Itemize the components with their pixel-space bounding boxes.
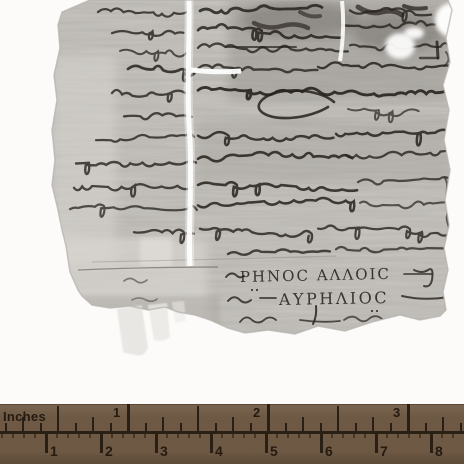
cm-number: 2 [105, 443, 113, 459]
cm-minor-tick [232, 434, 234, 438]
inch-tick [337, 406, 339, 431]
inch-tick [162, 417, 164, 431]
cm-minor-tick [331, 434, 333, 438]
cm-tick [430, 434, 433, 453]
inch-tick [75, 423, 77, 431]
ruler-cm-row: 12345678 [0, 434, 464, 464]
inch-tick [127, 404, 130, 431]
cm-minor-tick [23, 434, 25, 438]
inch-tick [22, 417, 24, 431]
inch-number: 1 [113, 405, 120, 420]
cm-tick [375, 434, 378, 453]
cm-minor-tick [199, 434, 201, 438]
inch-tick [5, 423, 7, 431]
inch-tick [110, 423, 112, 431]
inch-number: 2 [253, 405, 260, 420]
cm-minor-tick [364, 434, 366, 438]
inch-tick [57, 406, 59, 431]
cm-minor-tick [111, 434, 113, 438]
cm-minor-tick [1, 434, 3, 438]
inch-tick [145, 423, 147, 431]
cm-minor-tick [12, 434, 14, 438]
cm-minor-tick [133, 434, 135, 438]
inch-tick [355, 423, 357, 431]
cm-number: 7 [380, 443, 388, 459]
cm-minor-tick [78, 434, 80, 438]
papyrus-text-line-1: ΡΗΝΟC ΑΛΛΟΙC [240, 265, 391, 286]
papyrus-fragment: ΡΗΝΟC ΑΛΛΟΙC ΑΥΡΗΛΙΟC [40, 0, 464, 404]
inch-tick [215, 423, 217, 431]
cm-minor-tick [221, 434, 223, 438]
cm-minor-tick [287, 434, 289, 438]
cm-minor-tick [89, 434, 91, 438]
ruler-unit-label: Inches [3, 409, 46, 424]
inch-tick [460, 423, 462, 431]
cm-minor-tick [276, 434, 278, 438]
cm-minor-tick [243, 434, 245, 438]
cm-number: 8 [435, 443, 443, 459]
inch-number: 3 [393, 405, 400, 420]
cm-minor-tick [419, 434, 421, 438]
cm-number: 3 [160, 443, 168, 459]
cm-minor-tick [56, 434, 58, 438]
inch-tick [180, 423, 182, 431]
cm-minor-tick [298, 434, 300, 438]
inch-tick [40, 423, 42, 431]
inch-tick [267, 404, 270, 431]
cm-number: 1 [50, 443, 58, 459]
cm-minor-tick [122, 434, 124, 438]
cm-minor-tick [144, 434, 146, 438]
inch-tick [302, 417, 304, 431]
cm-number: 4 [215, 443, 223, 459]
cm-minor-tick [452, 434, 454, 438]
cm-minor-tick [353, 434, 355, 438]
cm-number: 6 [325, 443, 333, 459]
cm-minor-tick [34, 434, 36, 438]
papyrus-text-line-2: ΑΥΡΗΛΙΟC [278, 288, 389, 309]
cm-minor-tick [386, 434, 388, 438]
cm-tick [45, 434, 48, 453]
cm-minor-tick [342, 434, 344, 438]
ruler-inches-row: Inches 123 [0, 404, 464, 431]
inch-tick [320, 423, 322, 431]
inch-tick [92, 417, 94, 431]
inch-tick [232, 417, 234, 431]
inch-tick [390, 423, 392, 431]
scan-viewport: ΡΗΝΟC ΑΛΛΟΙC ΑΥΡΗΛΙΟC [0, 0, 464, 464]
inch-tick [442, 417, 444, 431]
inch-tick [250, 423, 252, 431]
measurement-ruler: Inches 123 12345678 [0, 404, 464, 464]
cm-tick [320, 434, 323, 453]
inch-tick [197, 406, 199, 431]
cm-minor-tick [166, 434, 168, 438]
cm-tick [100, 434, 103, 453]
cm-minor-tick [254, 434, 256, 438]
cm-tick [265, 434, 268, 453]
inch-tick [285, 423, 287, 431]
cm-minor-tick [309, 434, 311, 438]
cm-tick [155, 434, 158, 453]
cm-number: 5 [270, 443, 278, 459]
cm-minor-tick [188, 434, 190, 438]
cm-tick [210, 434, 213, 453]
cm-minor-tick [408, 434, 410, 438]
cm-minor-tick [441, 434, 443, 438]
cm-minor-tick [67, 434, 69, 438]
inch-tick [372, 417, 374, 431]
inch-tick [407, 404, 410, 431]
inch-tick [425, 423, 427, 431]
papyrus-scan-image: ΡΗΝΟC ΑΛΛΟΙC ΑΥΡΗΛΙΟC [0, 0, 464, 404]
cm-minor-tick [177, 434, 179, 438]
cm-minor-tick [397, 434, 399, 438]
